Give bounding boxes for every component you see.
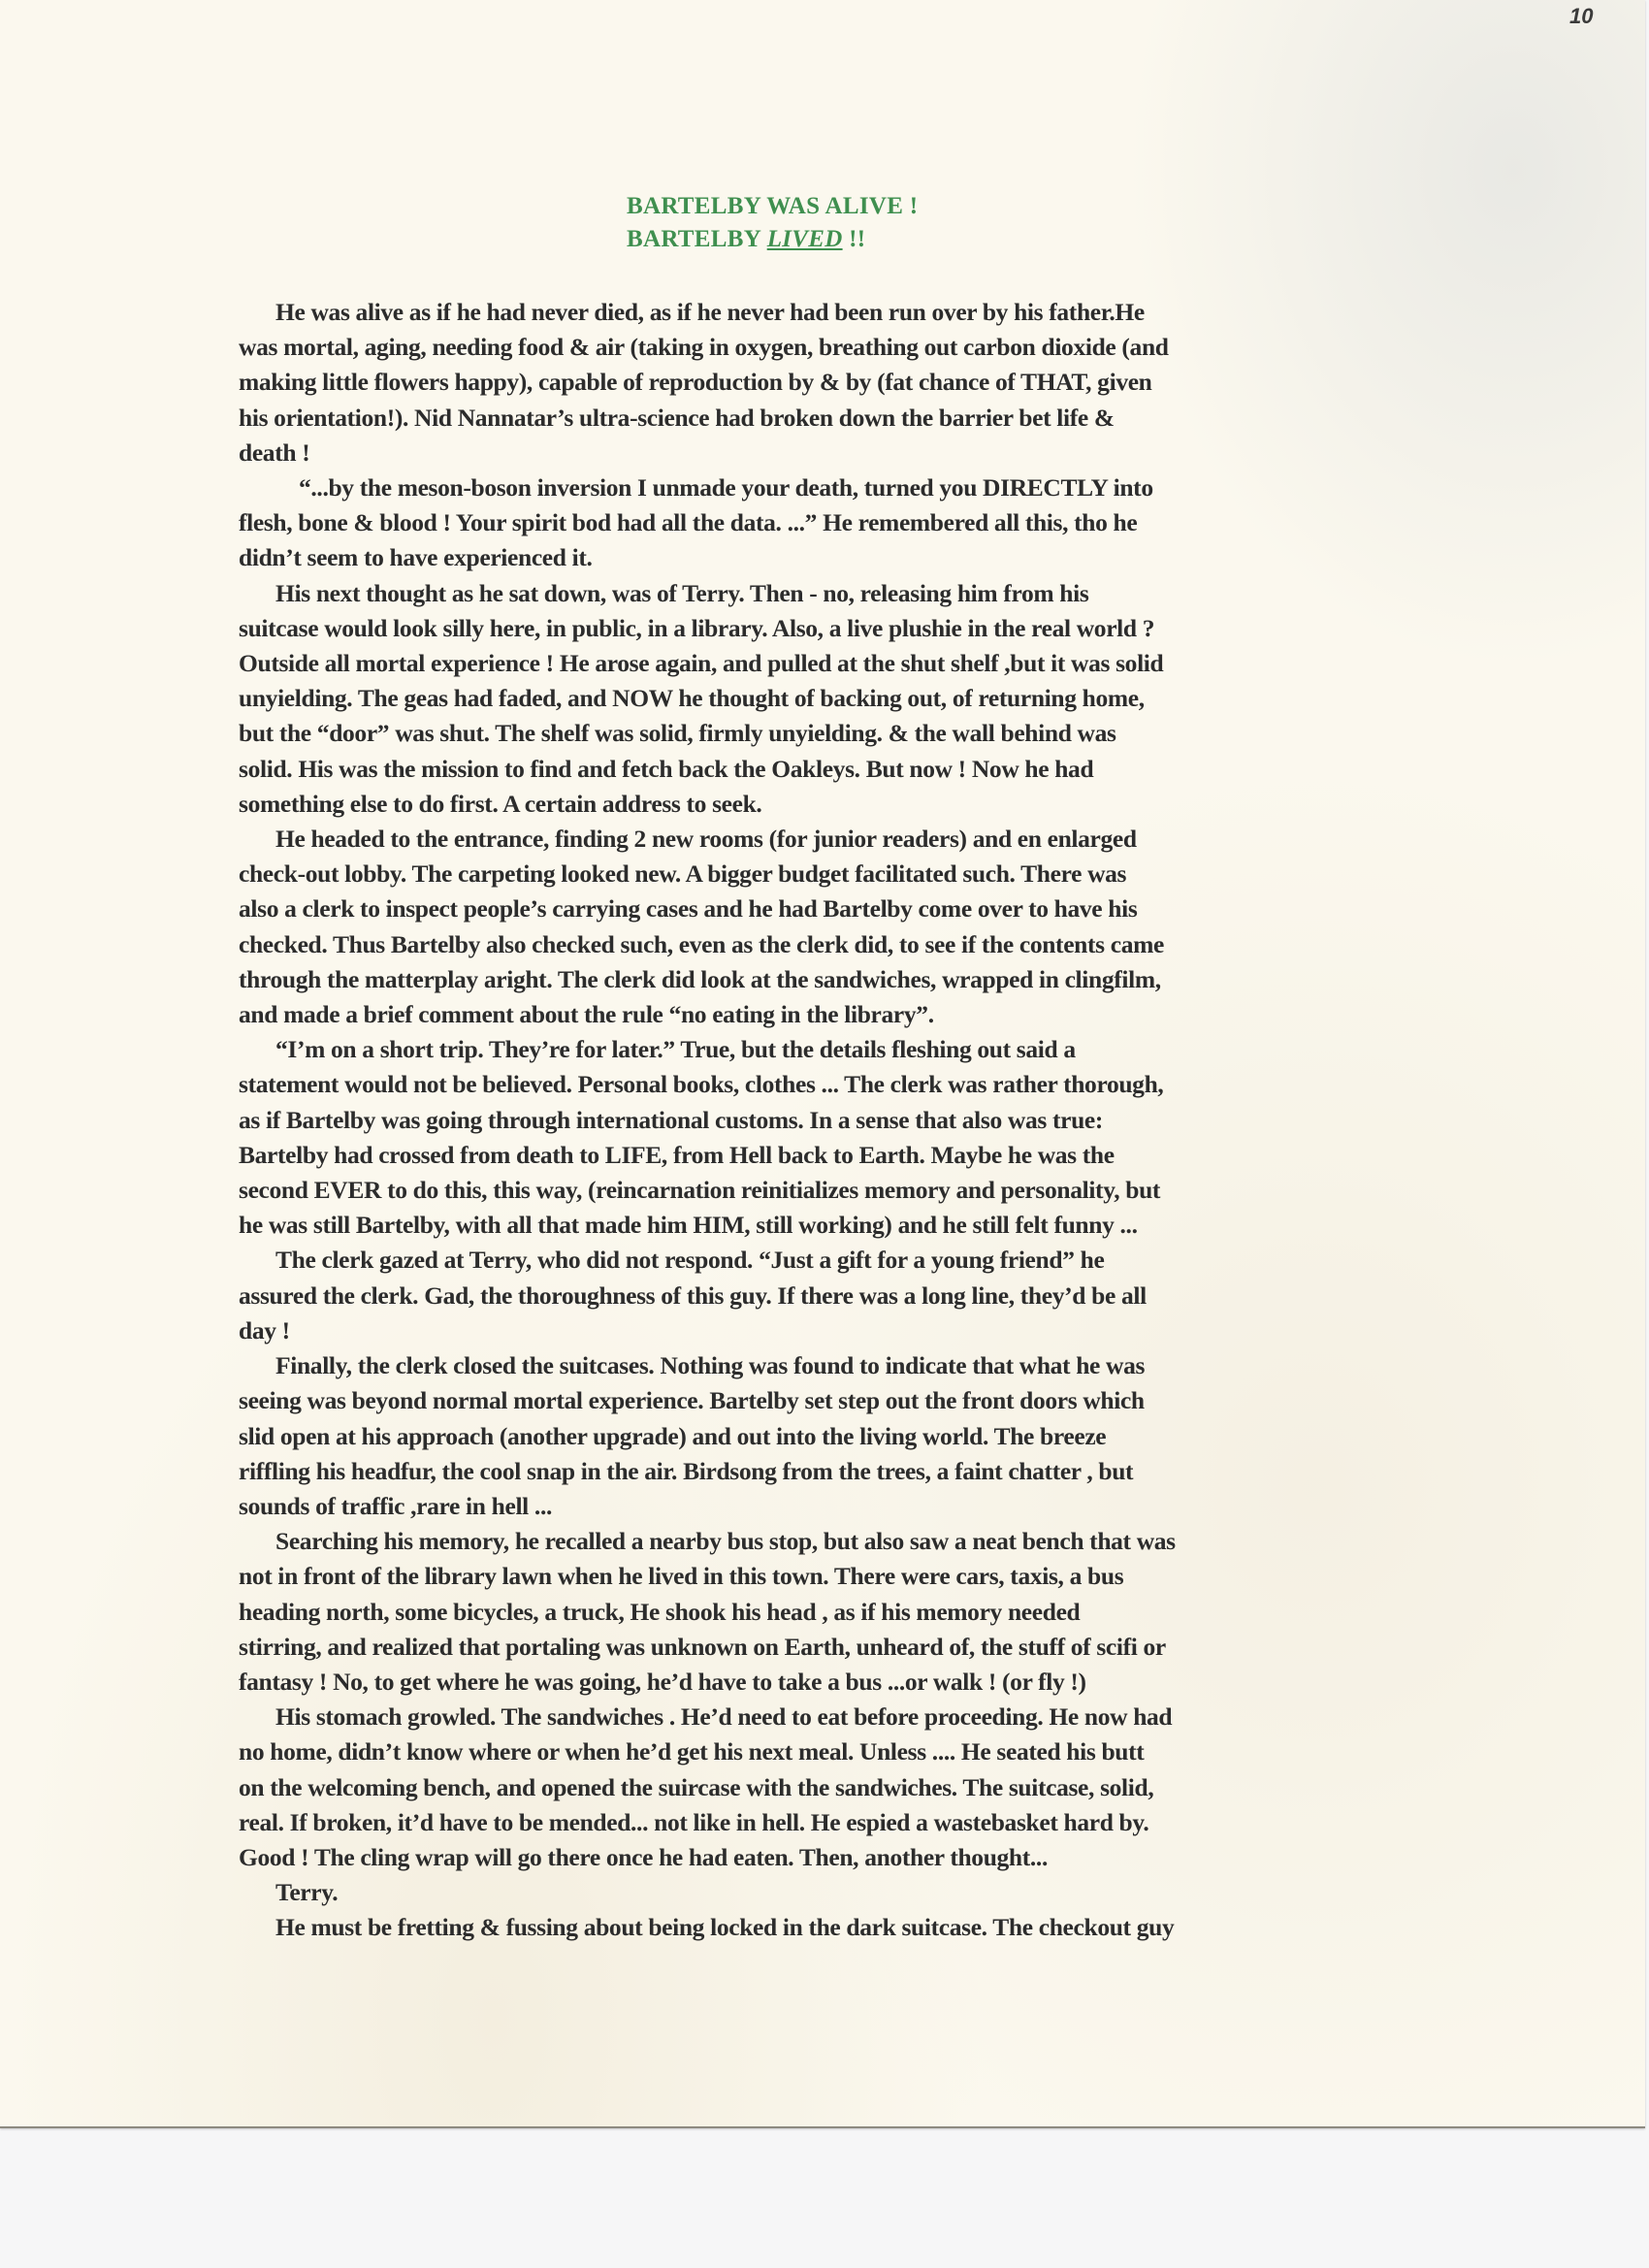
text-line: His next thought as he sat down, was of … [239,576,1422,611]
text-line: flesh, bone & blood ! Your spirit bod ha… [239,505,1422,540]
text-line: Good ! The cling wrap will go there once… [239,1840,1422,1875]
text-line: real. If broken, it’d have to be mended.… [239,1805,1422,1840]
text-line: he was still Bartelby, with all that mad… [239,1208,1422,1243]
text-line: on the welcoming bench, and opened the s… [239,1770,1422,1805]
text-line: He was alive as if he had never died, as… [239,295,1422,330]
text-line: making little flowers happy), capable of… [239,365,1422,400]
text-line: no home, didn’t know where or when he’d … [239,1734,1422,1769]
text-line: statement would not be believed. Persona… [239,1067,1422,1102]
handwritten-page-number: 10 [1569,4,1593,29]
text-line: stirring, and realized that portaling wa… [239,1630,1422,1665]
text-line: through the matterplay aright. The clerk… [239,962,1422,997]
text-line: Terry. [239,1875,1422,1910]
text-line: as if Bartelby was going through interna… [239,1103,1422,1138]
text-line: day ! [239,1313,1422,1348]
text-line: Bartelby had crossed from death to LIFE,… [239,1138,1422,1173]
text-line: Outside all mortal experience ! He arose… [239,646,1422,681]
text-line: assured the clerk. Gad, the thoroughness… [239,1279,1422,1313]
text-line: The clerk gazed at Terry, who did not re… [239,1243,1422,1278]
text-line: He must be fretting & fussing about bein… [239,1910,1422,1945]
title-line-2-prefix: BARTELBY [627,226,767,252]
text-line: fantasy ! No, to get where he was going,… [239,1665,1422,1700]
text-line: not in front of the library lawn when he… [239,1559,1422,1594]
text-line: second EVER to do this, this way, (reinc… [239,1173,1422,1208]
text-line: seeing was beyond normal mortal experien… [239,1383,1422,1418]
text-line: sounds of traffic ,rare in hell ... [239,1489,1422,1524]
story-body: He was alive as if he had never died, as… [239,295,1422,1946]
text-line: suitcase would look silly here, in publi… [239,611,1422,646]
title-emphasis: LIVED [767,226,843,252]
text-line: didn’t seem to have experienced it. [239,540,1422,575]
text-line: unyielding. The geas had faded, and NOW … [239,681,1422,716]
title-line-2-suffix: !! [843,226,866,252]
story-title: BARTELBY WAS ALIVE ! BARTELBY LIVED !! [627,190,918,256]
scanned-page: 10 BARTELBY WAS ALIVE ! BARTELBY LIVED !… [0,0,1645,2128]
text-line: also a clerk to inspect people’s carryin… [239,891,1422,926]
text-line: heading north, some bicycles, a truck, H… [239,1595,1422,1630]
text-line: but the “door” was shut. The shelf was s… [239,716,1422,751]
text-line: His stomach growled. The sandwiches . He… [239,1700,1422,1734]
text-line: his orientation!). Nid Nannatar’s ultra-… [239,401,1422,436]
text-line: checked. Thus Bartelby also checked such… [239,927,1422,962]
text-line: solid. His was the mission to find and f… [239,752,1422,787]
text-line: death ! [239,436,1422,470]
text-line: “I’m on a short trip. They’re for later.… [239,1032,1422,1067]
text-line: Searching his memory, he recalled a near… [239,1524,1422,1559]
title-line-1: BARTELBY WAS ALIVE ! [627,190,918,223]
text-line: was mortal, aging, needing food & air (t… [239,330,1422,365]
title-line-2: BARTELBY LIVED !! [627,223,918,256]
text-line: “...by the meson-boson inversion I unmad… [239,470,1422,505]
text-line: slid open at his approach (another upgra… [239,1419,1422,1454]
text-line: Finally, the clerk closed the suitcases.… [239,1348,1422,1383]
text-line: check-out lobby. The carpeting looked ne… [239,857,1422,891]
text-line: something else to do first. A certain ad… [239,787,1422,822]
text-line: riffling his headfur, the cool snap in t… [239,1454,1422,1489]
text-line: He headed to the entrance, finding 2 new… [239,822,1422,857]
text-line: and made a brief comment about the rule … [239,997,1422,1032]
